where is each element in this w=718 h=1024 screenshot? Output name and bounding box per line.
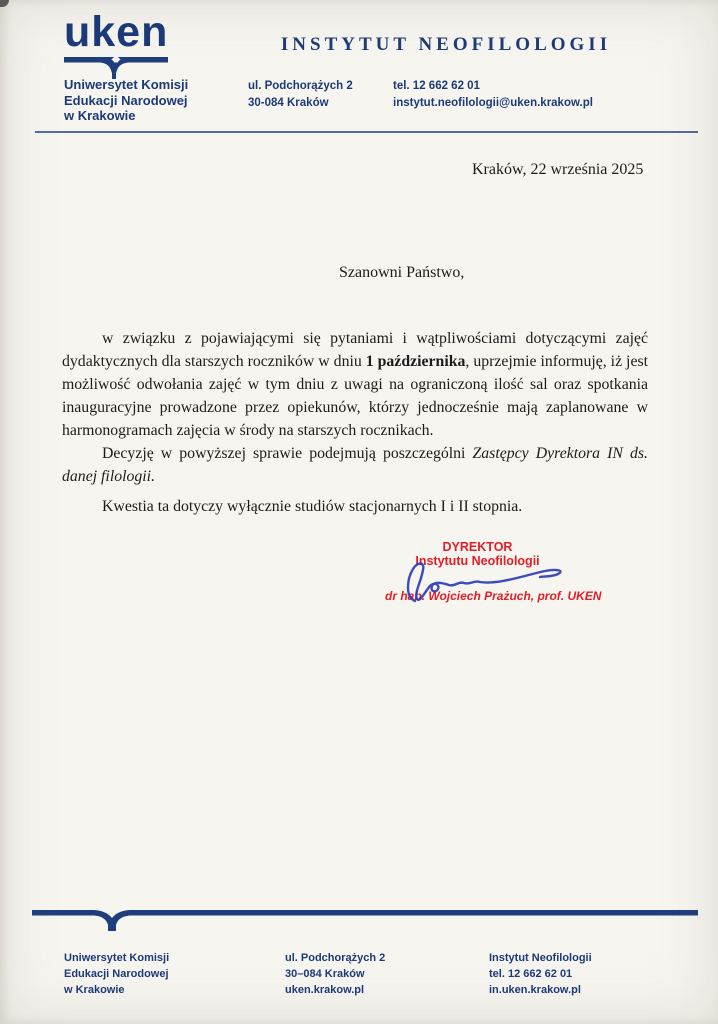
footer-address: ul. Podchorążych 2 30–084 Kraków uken.kr… xyxy=(285,950,385,998)
footer-address-street: ul. Podchorążych 2 xyxy=(285,950,385,966)
university-name: Uniwersytet Komisji Edukacji Narodowej w… xyxy=(64,77,188,124)
signer-unit: Instytutu Neofilologii xyxy=(385,554,570,568)
scanned-letter-page: uken Uniwersytet Komisji Edukacji Narodo… xyxy=(0,0,718,1024)
address-city: 30-084 Kraków xyxy=(248,95,353,112)
paragraph-1-bold-date: 1 października xyxy=(366,353,466,370)
footer-university-line: Uniwersytet Komisji xyxy=(64,950,169,966)
scan-corner-artifact xyxy=(0,0,9,7)
letter-body: w związku z pojawiającymi się pytaniami … xyxy=(62,327,648,518)
signature-block: DYREKTOR Instytutu Neofilologii dr hab. … xyxy=(385,540,570,603)
paragraph-2: Decyzję w powyższej sprawie podejmują po… xyxy=(62,442,648,488)
university-name-line: w Krakowie xyxy=(64,108,188,124)
address-street: ul. Podchorążych 2 xyxy=(248,78,353,95)
header-address: ul. Podchorążych 2 30-084 Kraków xyxy=(248,78,353,112)
paragraph-1: w związku z pojawiającymi się pytaniami … xyxy=(62,327,648,442)
footer-university: Uniwersytet Komisji Edukacji Narodowej w… xyxy=(64,950,169,998)
footer-address-city: 30–084 Kraków xyxy=(285,966,385,982)
footer-institute-phone: tel. 12 662 62 01 xyxy=(489,966,592,982)
signer-name: dr hab. Wojciech Prażuch, prof. UKEN xyxy=(385,589,570,603)
dateline: Kraków, 22 września 2025 xyxy=(472,161,643,179)
university-name-line: Uniwersytet Komisji xyxy=(64,77,188,93)
university-name-line: Edukacji Narodowej xyxy=(64,93,188,109)
contact-phone: tel. 12 662 62 01 xyxy=(393,78,593,95)
footer-institute: Instytut Neofilologii tel. 12 662 62 01 … xyxy=(489,950,592,998)
contact-email: instytut.neofilologii@uken.krakow.pl xyxy=(393,95,593,112)
institute-title: INSTYTUT NEOFILOLOGII xyxy=(250,34,642,56)
footer-institute-website: in.uken.krakow.pl xyxy=(489,982,592,998)
footer-institute-name: Instytut Neofilologii xyxy=(489,950,592,966)
header-contact: tel. 12 662 62 01 instytut.neofilologii@… xyxy=(393,78,593,112)
letterhead-divider xyxy=(35,131,698,133)
paragraph-3: Kwestia ta dotyczy wyłącznie studiów sta… xyxy=(62,495,648,518)
paragraph-2-text: Decyzję w powyższej sprawie podejmują po… xyxy=(102,445,473,462)
footer-university-line: w Krakowie xyxy=(64,982,169,998)
footer-divider-book-icon xyxy=(32,908,698,934)
uken-logo-wordmark: uken xyxy=(64,10,168,54)
salutation: Szanowni Państwo, xyxy=(339,264,464,282)
footer-website: uken.krakow.pl xyxy=(285,982,385,998)
footer-university-line: Edukacji Narodowej xyxy=(64,966,169,982)
signer-role: DYREKTOR xyxy=(385,540,570,554)
